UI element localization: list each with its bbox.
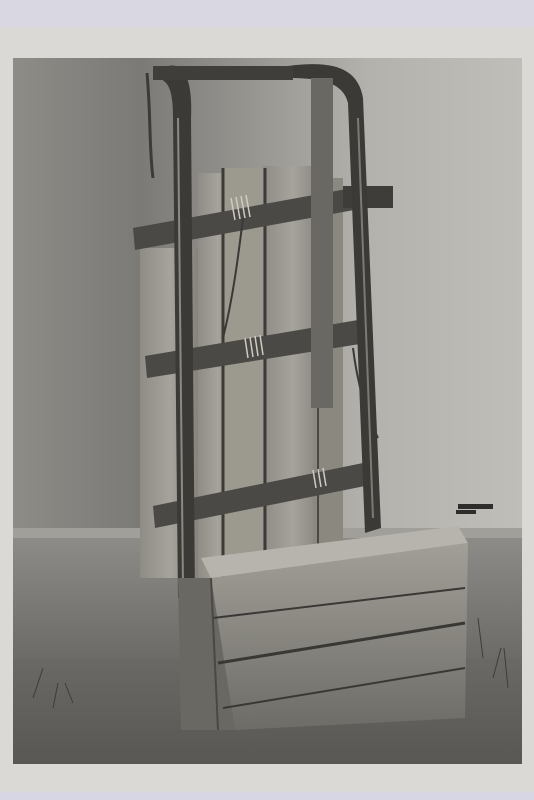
photo-scene (13, 58, 522, 764)
debris (458, 504, 493, 509)
photograph (13, 58, 522, 764)
wooden-crate (178, 526, 468, 730)
backdrop-top (0, 0, 534, 28)
backdrop-bottom (0, 792, 534, 800)
